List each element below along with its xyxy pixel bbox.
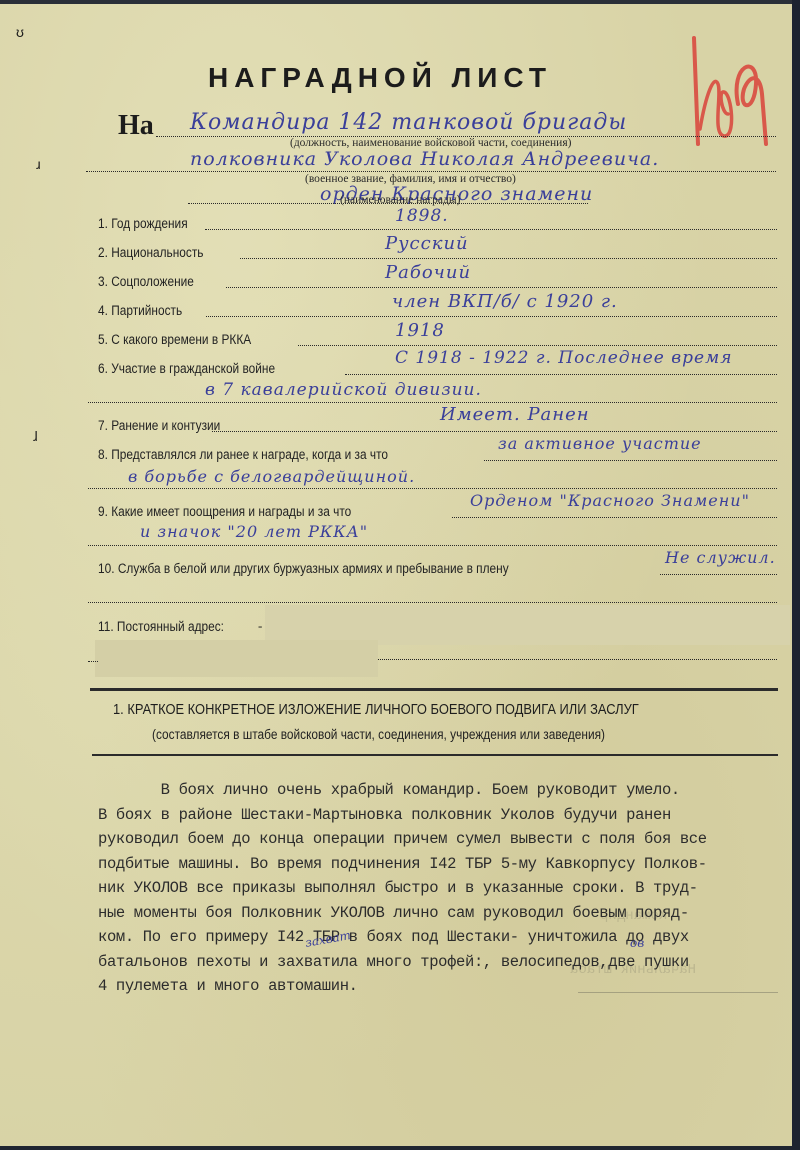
narrative-line: ник УКОЛОВ все приказы выполнял быстро и… [98, 876, 707, 901]
handwritten-correction: ов [630, 936, 644, 950]
field-line [88, 545, 777, 546]
document-title: НАГРАДНОЙ ЛИСТ [0, 62, 760, 94]
position-value: Командира 142 танковой бригады [190, 110, 627, 135]
field-line [452, 517, 777, 518]
field-value-address: - [258, 618, 262, 634]
field-line [298, 345, 777, 346]
field-line [88, 488, 777, 489]
narrative-line: ком. По его примеру I42 ТБР в боях под Ш… [98, 925, 707, 950]
field-line [484, 460, 777, 461]
field-line [206, 316, 777, 317]
section-divider-bottom [92, 754, 778, 756]
field-label-honors: 9. Какие имеет поощрения и награды и за … [98, 504, 351, 519]
field-label-wounds: 7. Ранение и контузии [98, 418, 220, 433]
field-label-nationality: 2. Национальность [98, 245, 203, 260]
field-value-social-status: Рабочий [385, 262, 471, 283]
scan-border-top [0, 0, 800, 4]
binding-hole-mark: ɹ [36, 156, 41, 172]
field-value-rkka-since: 1918 [395, 320, 445, 341]
field-value-previous-awards-cont: в борьбе с белогвардейщиной. [128, 467, 415, 486]
redacted-address-block [265, 605, 790, 645]
field-line [226, 287, 777, 288]
narrative-line: подбитые машины. Во время подчинения I42… [98, 852, 707, 877]
rank-name-value: полковника Уколова Николая Андреевича. [190, 148, 659, 170]
field-value-honors-cont: и значок "20 лет РККА" [140, 522, 368, 541]
narrative-line: В боях в районе Шестаки-Мартыновка полко… [98, 803, 707, 828]
field-line [378, 659, 777, 660]
field-label-address: 11. Постоянный адрес: [98, 619, 224, 634]
field-value-civil-war-cont: в 7 кавалерийской дивизии. [205, 380, 482, 400]
field-line [88, 602, 777, 603]
field-value-nationality: Русский [385, 233, 469, 254]
field-value-previous-awards: за активное участие [498, 434, 702, 453]
narrative-line: ные моменты боя Полковник УКОЛОВ лично с… [98, 901, 707, 926]
redacted-address-block [95, 640, 378, 677]
field-value-wounds: Имеет. Ранен [440, 404, 590, 425]
field-value-white-army-service: Не служил. [665, 548, 776, 567]
field-label-rkka-since: 5. С какого времени в РККА [98, 332, 251, 347]
narrative-line: В боях лично очень храбрый командир. Бое… [98, 778, 707, 803]
field-value-party: член ВКП/б/ с 1920 г. [392, 291, 618, 312]
rank-name-line [86, 171, 776, 172]
field-line [88, 661, 98, 662]
narrative-line: 4 пулемета и много автомашин. [98, 974, 707, 999]
section-divider-top [90, 688, 778, 691]
award-name-caption: (наименование награды) [340, 194, 460, 206]
binding-hole-mark: ɺ [33, 428, 38, 444]
field-label-previous-awards: 8. Представлялся ли ранее к награде, ког… [98, 447, 388, 462]
field-value-honors: Орденом "Красного Знамени" [470, 491, 750, 510]
field-label-civil-war: 6. Участие в гражданской войне [98, 361, 275, 376]
field-line [240, 258, 777, 259]
field-label-birth-year: 1. Год рождения [98, 216, 188, 231]
field-label-social-status: 3. Соцположение [98, 274, 194, 289]
section-subheading: (составляется в штабе войсковой части, с… [152, 727, 605, 742]
narrative-body: В боях лично очень храбрый командир. Бое… [98, 778, 707, 999]
field-line [345, 374, 777, 375]
field-value-birth-year: 1898. [395, 206, 449, 226]
field-line [88, 402, 777, 403]
scan-border-right [792, 0, 800, 1150]
field-line [205, 229, 777, 230]
field-label-white-army-service: 10. Служба в белой или других буржуазных… [98, 561, 509, 576]
addressee-prefix: На [118, 110, 154, 142]
field-value-civil-war: С 1918 - 1922 г. Последнее время [395, 348, 732, 368]
narrative-line: батальонов пехоты и захватила много троф… [98, 950, 707, 975]
section-heading: 1. КРАТКОЕ КОНКРЕТНОЕ ИЗЛОЖЕНИЕ ЛИЧНОГО … [113, 701, 639, 718]
field-line [660, 574, 777, 575]
narrative-line: руководил боем до конца операции причем … [98, 827, 707, 852]
binding-hole-mark: ʊ [16, 24, 24, 40]
award-sheet-page: ʊ ɹ ɺ НАГРАДНОЙ ЛИСТ На Командира 142 та… [0, 4, 792, 1146]
field-label-party: 4. Партийность [98, 303, 182, 318]
field-line [212, 431, 777, 432]
